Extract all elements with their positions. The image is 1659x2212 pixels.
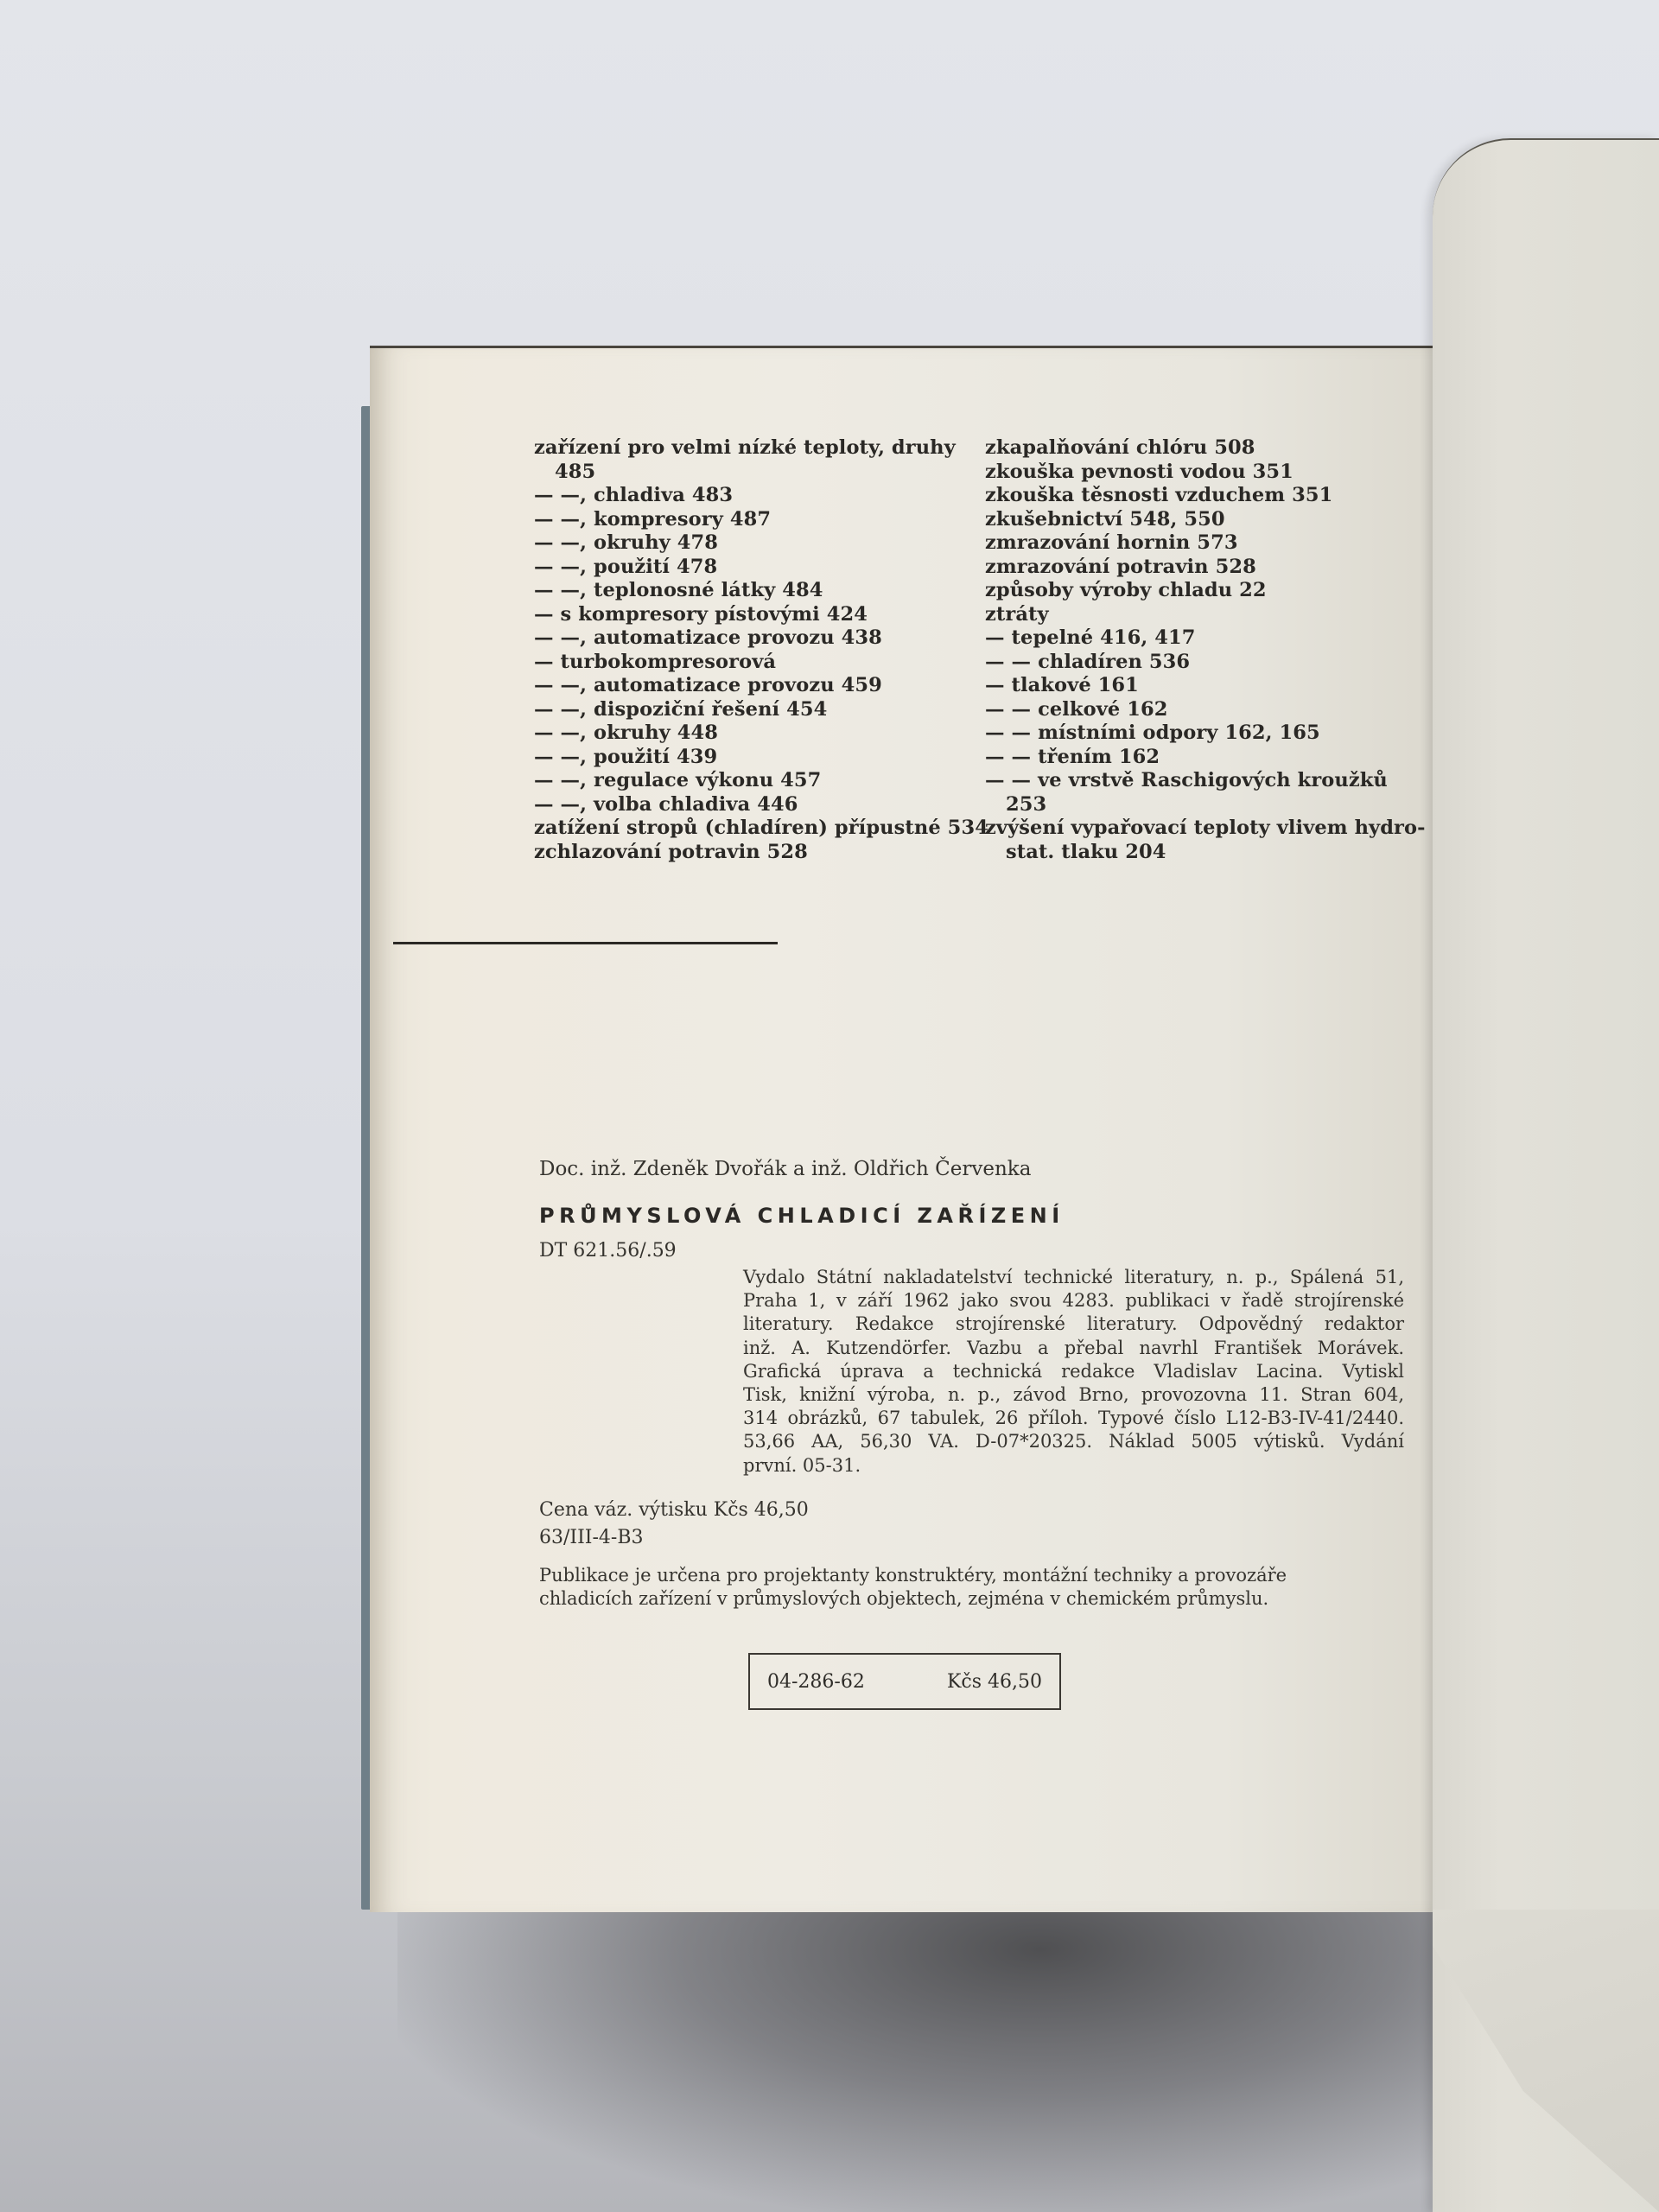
index-entry: 253 [985,793,1400,817]
index-entry: stat. tlaku 204 [985,841,1400,865]
price-box-code: 04-286-62 [767,1671,865,1693]
index-entry: zatížení stropů (chladíren) přípustné 53… [534,817,992,841]
index-column-left: zařízení pro velmi nízké teploty, druhy4… [534,436,992,864]
audience-note: Publikace je určena pro projektanty kons… [539,1564,1408,1611]
index-entry: — turbokompresorová [534,651,992,675]
index-entry: zkouška pevnosti vodou 351 [985,461,1400,485]
index-entry: zvýšení vypařovací teploty vlivem hydro- [985,817,1400,841]
index-column-right: zkapalňování chlóru 508zkouška pevnosti … [985,436,1400,864]
imprint-line: první. 05-31. [743,1454,1404,1478]
book-title: PRŮMYSLOVÁ CHLADICÍ ZAŘÍZENÍ [539,1204,1065,1228]
index-entry: — —, dispoziční řešení 454 [534,698,992,722]
imprint-line: Vydalo Státní nakladatelství technické l… [743,1266,1404,1289]
index-entry: zkušebnictví 548, 550 [985,508,1400,532]
index-entry: — tlakové 161 [985,674,1400,698]
price-box-price: Kčs 46,50 [947,1671,1042,1693]
imprint-line: Grafická úprava a technická redakce Vlad… [743,1360,1404,1383]
section-divider [393,942,778,944]
imprint-line: Tisk, knižní výroba, n. p., závod Brno, … [743,1383,1404,1407]
catalog-code: 63/III-4-B3 [539,1527,644,1548]
index-entry: — —, automatizace provozu 459 [534,674,992,698]
bound-copy-price: Cena váz. výtisku Kčs 46,50 [539,1499,809,1521]
index-entry: — s kompresory pístovými 424 [534,603,992,627]
index-entry: zchlazování potravin 528 [534,841,992,865]
index-entry: — — celkové 162 [985,698,1400,722]
dt-classification: DT 621.56/.59 [539,1240,677,1262]
index-entry: — —, chladiva 483 [534,484,992,508]
index-entry: — — třením 162 [985,746,1400,770]
authors: Doc. inž. Zdeněk Dvořák a inž. Oldřich Č… [539,1158,1031,1180]
index-entry: — —, použití 478 [534,556,992,580]
index-entry: — —, okruhy 448 [534,721,992,746]
index-entry: zmrazování potravin 528 [985,556,1400,580]
audience-line: chladicích zařízení v průmyslových objek… [539,1587,1408,1611]
imprint-line: literatury. Redakce strojírenské literat… [743,1313,1404,1336]
index-entry: zařízení pro velmi nízké teploty, druhy [534,436,992,461]
index-entry: — — ve vrstvě Raschigových kroužků [985,769,1400,793]
index-entry: 485 [534,461,992,485]
index-entry: zmrazování hornin 573 [985,531,1400,556]
index-entry: — —, použití 439 [534,746,992,770]
index-entry: — tepelné 416, 417 [985,626,1400,651]
index-entry: — — chladíren 536 [985,651,1400,675]
index-entry: zkouška těsnosti vzduchem 351 [985,484,1400,508]
index-entry: — —, automatizace provozu 438 [534,626,992,651]
index-entry: — — místními odpory 162, 165 [985,721,1400,746]
index-entry: — —, regulace výkonu 457 [534,769,992,793]
imprint-line: inž. A. Kutzendörfer. Vazbu a přebal nav… [743,1337,1404,1360]
page-content: zařízení pro velmi nízké teploty, druhy4… [0,0,1659,2212]
index-entry: — —, volba chladiva 446 [534,793,992,817]
imprint-line: Praha 1, v září 1962 jako svou 4283. pub… [743,1289,1404,1313]
imprint-line: 314 obrázků, 67 tabulek, 26 příloh. Typo… [743,1407,1404,1430]
price-box: 04-286-62 Kčs 46,50 [748,1653,1061,1710]
index-entry: ztráty [985,603,1400,627]
index-entry: způsoby výroby chladu 22 [985,579,1400,603]
index-entry: — —, okruhy 478 [534,531,992,556]
index-entry: — —, teplonosné látky 484 [534,579,992,603]
audience-line: Publikace je určena pro projektanty kons… [539,1564,1408,1587]
index-entry: zkapalňování chlóru 508 [985,436,1400,461]
index-entry: — —, kompresory 487 [534,508,992,532]
imprint-paragraph: Vydalo Státní nakladatelství technické l… [743,1266,1404,1478]
imprint-line: 53,66 AA, 56,30 VA. D-07*20325. Náklad 5… [743,1430,1404,1453]
photo-scene: zařízení pro velmi nízké teploty, druhy4… [0,0,1659,2212]
